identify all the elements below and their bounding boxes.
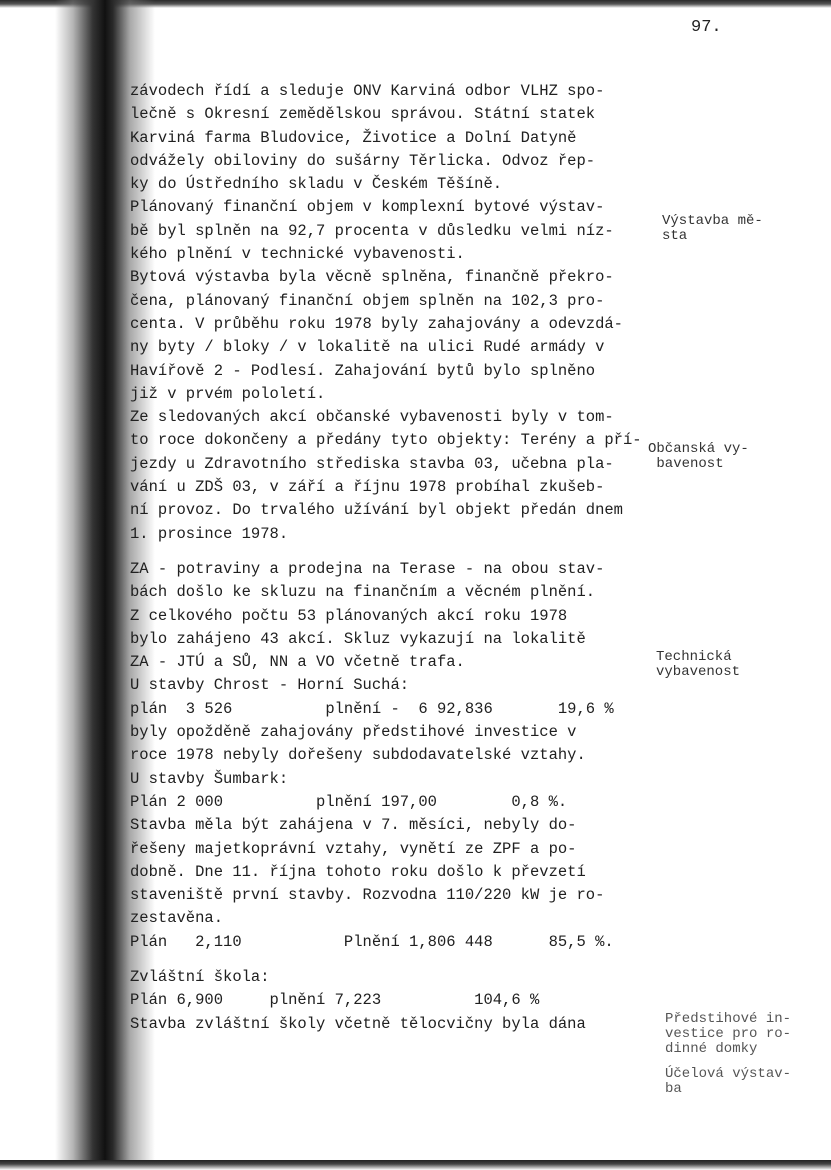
text-line: roce 1978 nebyly dořešeny subdodavatelsk… xyxy=(130,744,650,767)
text-line: Stavba zvláštní školy včetně tělocvičny … xyxy=(130,1013,650,1036)
margin-note-predstihove-investice: Předstihové in- vestice pro ro- dinné do… xyxy=(665,1012,791,1057)
text-line: plán 3 526 plnění - 6 92,836 19,6 % xyxy=(130,698,650,721)
margin-note-ucelova-vystavba: Účelová výstav- ba xyxy=(665,1067,791,1097)
margin-note-obcanska-vybavenost: Občanská vy- bavenost xyxy=(648,442,749,472)
text-line: to roce dokončeny a předány tyto objekty… xyxy=(130,429,650,452)
text-line: Havířově 2 - Podlesí. Zahajování bytů by… xyxy=(130,360,650,383)
text-line: Ze sledovaných akcí občanské vybavenosti… xyxy=(130,406,650,429)
text-line: zestavěna. xyxy=(130,907,650,930)
text-line: ZA - JTÚ a SŮ, NN a VO včetně trafa. xyxy=(130,651,650,674)
text-line: staveniště první stavby. Rozvodna 110/22… xyxy=(130,884,650,907)
text-line: bách došlo ke skluzu na finančním a věcn… xyxy=(130,581,650,604)
text-line: U stavby Šumbark: xyxy=(130,768,650,791)
text-line: vání u ZDŠ 03, v září a říjnu 1978 probí… xyxy=(130,476,650,499)
text-line: kého plnění v technické vybavenosti. xyxy=(130,243,650,266)
text-line: Plán 2 000 plnění 197,00 0,8 %. xyxy=(130,791,650,814)
text-line: centa. V průběhu roku 1978 byly zahajová… xyxy=(130,313,650,336)
text-line: Plánovaný finanční objem v komplexní byt… xyxy=(130,196,650,219)
text-line: již v prvém pololetí. xyxy=(130,383,650,406)
text-line: Zvláštní škola: xyxy=(130,966,650,989)
text-line: ky do Ústředního skladu v Českém Těšíně. xyxy=(130,173,650,196)
text-line: ní provoz. Do trvalého užívání byl objek… xyxy=(130,499,650,522)
paragraph-gap xyxy=(130,954,650,966)
text-line: závodech řídí a sleduje ONV Karviná odbo… xyxy=(130,80,650,103)
text-line: jezdy u Zdravotního střediska stavba 03,… xyxy=(130,453,650,476)
text-line: lečně s Okresní zemědělskou správou. Stá… xyxy=(130,103,650,126)
text-line: čena, plánovaný finanční objem splněn na… xyxy=(130,290,650,313)
paragraph-gap xyxy=(130,546,650,558)
text-line: odvážely obiloviny do sušárny Těrlicka. … xyxy=(130,150,650,173)
page-number: 97. xyxy=(691,18,722,37)
margin-note-vystavba-mesta: Výstavba mě- sta xyxy=(662,214,763,244)
text-line: Stavba měla být zahájena v 7. měsíci, ne… xyxy=(130,814,650,837)
text-line: řešeny majetkoprávní vztahy, vynětí ze Z… xyxy=(130,838,650,861)
margin-note-technicka-vybavenost: Technická vybavenost xyxy=(656,650,740,680)
text-line: byly opožděně zahajovány předstihové inv… xyxy=(130,721,650,744)
scan-bottom-edge xyxy=(0,1160,831,1170)
text-line: bylo zahájeno 43 akcí. Skluz vykazují na… xyxy=(130,628,650,651)
text-line: Karviná farma Bludovice, Životice a Doln… xyxy=(130,127,650,150)
typewritten-body: závodech řídí a sleduje ONV Karviná odbo… xyxy=(130,80,650,1036)
text-line: U stavby Chrost - Horní Suchá: xyxy=(130,674,650,697)
text-line: Plán 6,900 plnění 7,223 104,6 % xyxy=(130,989,650,1012)
text-line: Plán 2,110 Plnění 1,806 448 85,5 %. xyxy=(130,931,650,954)
text-line: ZA - potraviny a prodejna na Terase - na… xyxy=(130,558,650,581)
text-line: 1. prosince 1978. xyxy=(130,523,650,546)
text-line: bě byl splněn na 92,7 procenta v důsledk… xyxy=(130,220,650,243)
text-line: Z celkového počtu 53 plánovaných akcí ro… xyxy=(130,605,650,628)
text-line: dobně. Dne 11. října tohoto roku došlo k… xyxy=(130,861,650,884)
text-line: ny byty / bloky / v lokalitě na ulici Ru… xyxy=(130,336,650,359)
text-line: Bytová výstavba byla věcně splněna, fina… xyxy=(130,266,650,289)
